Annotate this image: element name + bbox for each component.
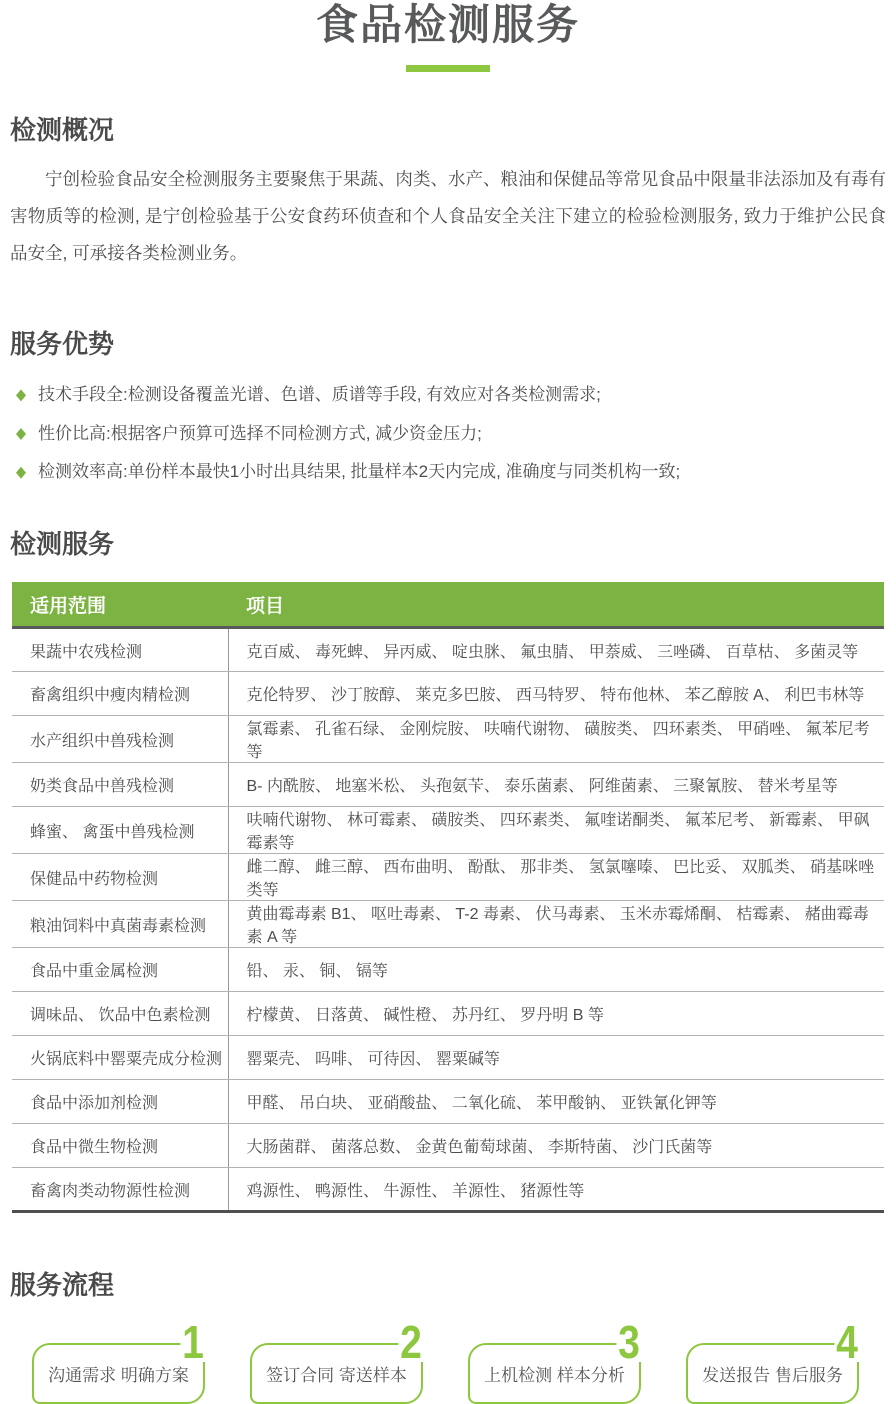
step-number: 3 [617,1322,642,1362]
step-label: 签订合同 寄送样本 [266,1361,407,1386]
advantages-heading: 服务优势 [0,330,896,360]
table-row: 食品中重金属检测 铅、 汞、 铜、 镉等 [12,948,884,992]
advantage-text: 检测效率高:单份样本最快1小时出具结果, 批量样本2天内完成, 准确度与同类机构… [38,463,680,482]
process-step: 1 沟通需求 明确方案 [32,1343,205,1404]
step-number: 4 [835,1322,860,1362]
overview-heading: 检测概况 [0,116,896,146]
advantage-item: 技术手段全:检测设备覆盖光谱、色谱、质谱等手段, 有效应对各类检测需求; [16,386,896,405]
scope-cell: 食品中重金属检测 [12,948,228,992]
process-section: 服务流程 1 沟通需求 明确方案 2 签订合同 寄送样本 3 上机检测 样本分析… [0,1271,896,1404]
services-table-body: 果蔬中农残检测 克百威、 毒死蜱、 异丙威、 啶虫脒、 氟虫腈、 甲萘威、 三唑… [12,628,884,1212]
table-row: 保健品中药物检测 雌二醇、 雌三醇、 西布曲明、 酚酞、 那非类、 氢氯噻嗪、 … [12,854,884,901]
scope-cell: 食品中添加剂检测 [12,1080,228,1124]
scope-cell: 水产组织中兽残检测 [12,716,228,763]
services-heading: 检测服务 [0,530,896,560]
services-table: 适用范围 项目 果蔬中农残检测 克百威、 毒死蜱、 异丙威、 啶虫脒、 氟虫腈、… [12,582,884,1214]
title-accent-bar [406,65,490,72]
column-header-scope: 适用范围 [12,582,228,628]
scope-cell: 奶类食品中兽残检测 [12,763,228,807]
step-label: 发送报告 售后服务 [702,1361,843,1386]
page-header: 食品检测服务 [0,0,896,72]
items-cell: 大肠菌群、 菌落总数、 金黄色葡萄球菌、 李斯特菌、 沙门氏菌等 [228,1124,884,1168]
scope-cell: 粮油饲料中真菌毒素检测 [12,901,228,948]
scope-cell: 蜂蜜、 禽蛋中兽残检测 [12,807,228,854]
step-label: 沟通需求 明确方案 [48,1361,189,1386]
step-number: 1 [181,1322,206,1362]
items-cell: B- 内酰胺、 地塞米松、 头孢氨苄、 泰乐菌素、 阿维菌素、 三聚氰胺、 替米… [228,763,884,807]
advantage-item: 性价比高:根据客户预算可选择不同检测方式, 减少资金压力; [16,425,896,444]
header-row: 适用范围 项目 [12,582,884,628]
services-table-header: 适用范围 项目 [12,582,884,628]
items-cell: 呋喃代谢物、 林可霉素、 磺胺类、 四环素类、 氟喹诺酮类、 氟苯尼考、 新霉素… [228,807,884,854]
table-row: 蜂蜜、 禽蛋中兽残检测 呋喃代谢物、 林可霉素、 磺胺类、 四环素类、 氟喹诺酮… [12,807,884,854]
items-cell: 鸡源性、 鸭源性、 牛源性、 羊源性、 猪源性等 [228,1168,884,1212]
items-cell: 克百威、 毒死蜱、 异丙威、 啶虫脒、 氟虫腈、 甲萘威、 三唑磷、 百草枯、 … [228,628,884,672]
table-row: 食品中添加剂检测 甲醛、 吊白块、 亚硝酸盐、 二氧化硫、 苯甲酸钠、 亚铁氰化… [12,1080,884,1124]
overview-paragraph: 宁创检验食品安全检测服务主要聚焦于果蔬、肉类、水产、粮油和保健品等常见食品中限量… [10,161,886,272]
table-row: 火锅底料中罂粟壳成分检测 罂粟壳、 吗啡、 可待因、 罂粟碱等 [12,1036,884,1080]
scope-cell: 调味品、 饮品中色素检测 [12,992,228,1036]
table-row: 畜禽肉类动物源性检测 鸡源性、 鸭源性、 牛源性、 羊源性、 猪源性等 [12,1168,884,1212]
table-row: 粮油饲料中真菌毒素检测 黄曲霉毒素 B1、 呕吐毒素、 T-2 毒素、 伏马毒素… [12,901,884,948]
advantages-section: 服务优势 技术手段全:检测设备覆盖光谱、色谱、质谱等手段, 有效应对各类检测需求… [0,330,896,482]
advantage-item: 检测效率高:单份样本最快1小时出具结果, 批量样本2天内完成, 准确度与同类机构… [16,463,896,482]
diamond-bullet-icon [16,389,26,401]
advantage-text: 性价比高:根据客户预算可选择不同检测方式, 减少资金压力; [38,425,482,444]
table-row: 食品中微生物检测 大肠菌群、 菌落总数、 金黄色葡萄球菌、 李斯特菌、 沙门氏菌… [12,1124,884,1168]
diamond-bullet-icon [16,467,26,479]
advantage-list: 技术手段全:检测设备覆盖光谱、色谱、质谱等手段, 有效应对各类检测需求; 性价比… [0,386,896,482]
step-label: 上机检测 样本分析 [484,1361,625,1386]
items-cell: 柠檬黄、 日落黄、 碱性橙、 苏丹红、 罗丹明 B 等 [228,992,884,1036]
process-heading: 服务流程 [0,1271,896,1301]
items-cell: 铅、 汞、 铜、 镉等 [228,948,884,992]
table-row: 畜禽组织中瘦肉精检测 克伦特罗、 沙丁胺醇、 莱克多巴胺、 西马特罗、 特布他林… [12,672,884,716]
table-row: 调味品、 饮品中色素检测 柠檬黄、 日落黄、 碱性橙、 苏丹红、 罗丹明 B 等 [12,992,884,1036]
services-section: 检测服务 适用范围 项目 果蔬中农残检测 克百威、 毒死蜱、 异丙威、 啶虫脒、… [0,530,896,1213]
process-step: 4 发送报告 售后服务 [686,1343,859,1404]
advantage-text: 技术手段全:检测设备覆盖光谱、色谱、质谱等手段, 有效应对各类检测需求; [38,386,601,405]
page-title: 食品检测服务 [0,2,896,48]
scope-cell: 畜禽肉类动物源性检测 [12,1168,228,1212]
diamond-bullet-icon [16,428,26,440]
table-row: 水产组织中兽残检测 氯霉素、 孔雀石绿、 金刚烷胺、 呋喃代谢物、 磺胺类、 四… [12,716,884,763]
table-row: 奶类食品中兽残检测 B- 内酰胺、 地塞米松、 头孢氨苄、 泰乐菌素、 阿维菌素… [12,763,884,807]
items-cell: 氯霉素、 孔雀石绿、 金刚烷胺、 呋喃代谢物、 磺胺类、 四环素类、 甲硝唑、 … [228,716,884,763]
column-header-items: 项目 [228,582,884,628]
scope-cell: 畜禽组织中瘦肉精检测 [12,672,228,716]
items-cell: 甲醛、 吊白块、 亚硝酸盐、 二氧化硫、 苯甲酸钠、 亚铁氰化钾等 [228,1080,884,1124]
scope-cell: 果蔬中农残检测 [12,628,228,672]
items-cell: 罂粟壳、 吗啡、 可待因、 罂粟碱等 [228,1036,884,1080]
steps-row: 1 沟通需求 明确方案 2 签订合同 寄送样本 3 上机检测 样本分析 4 发送… [32,1343,876,1404]
scope-cell: 食品中微生物检测 [12,1124,228,1168]
scope-cell: 保健品中药物检测 [12,854,228,901]
table-row: 果蔬中农残检测 克百威、 毒死蜱、 异丙威、 啶虫脒、 氟虫腈、 甲萘威、 三唑… [12,628,884,672]
process-step: 2 签订合同 寄送样本 [250,1343,423,1404]
scope-cell: 火锅底料中罂粟壳成分检测 [12,1036,228,1080]
items-cell: 黄曲霉毒素 B1、 呕吐毒素、 T-2 毒素、 伏马毒素、 玉米赤霉烯酮、 桔霉… [228,901,884,948]
items-cell: 克伦特罗、 沙丁胺醇、 莱克多巴胺、 西马特罗、 特布他林、 苯乙醇胺 A、 利… [228,672,884,716]
process-step: 3 上机检测 样本分析 [468,1343,641,1404]
overview-section: 检测概况 宁创检验食品安全检测服务主要聚焦于果蔬、肉类、水产、粮油和保健品等常见… [0,116,896,272]
step-number: 2 [399,1322,424,1362]
items-cell: 雌二醇、 雌三醇、 西布曲明、 酚酞、 那非类、 氢氯噻嗪、 巴比妥、 双胍类、… [228,854,884,901]
